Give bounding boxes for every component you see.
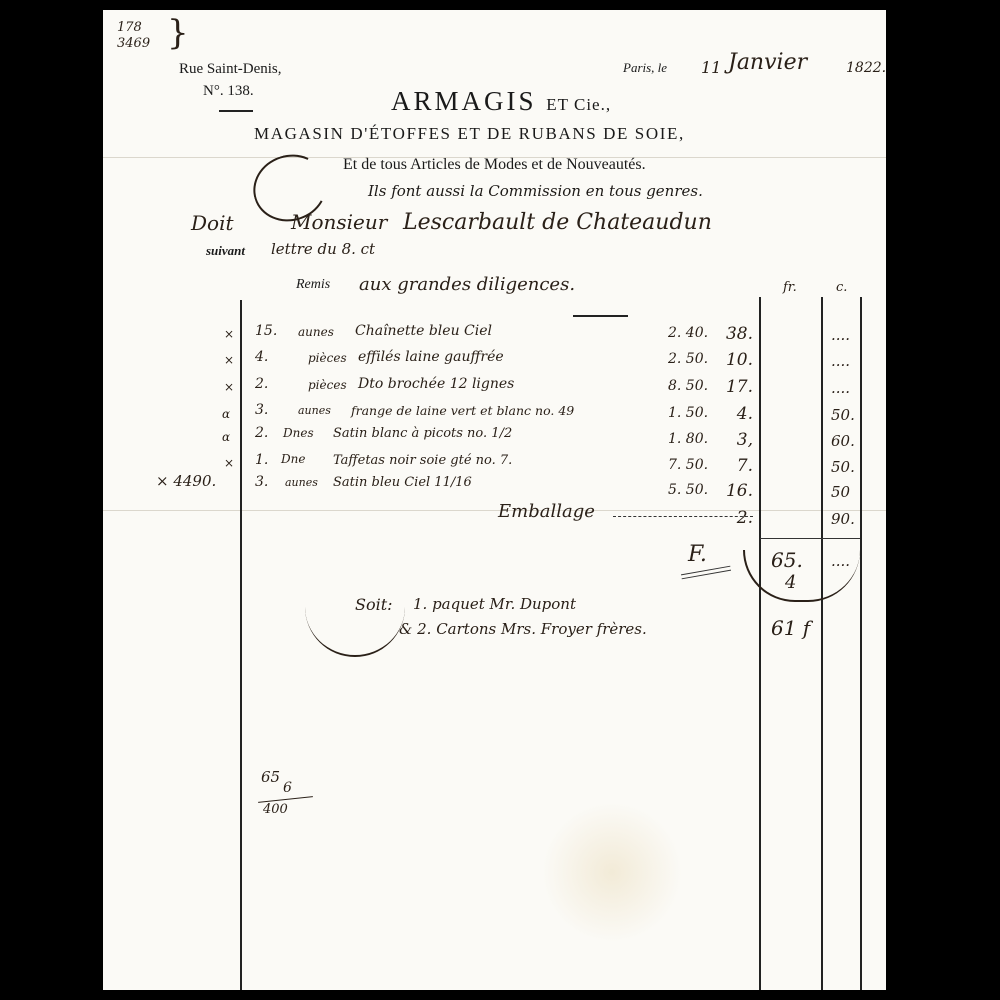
item-francs: 4. bbox=[713, 404, 753, 424]
item-unit: pièces bbox=[308, 351, 347, 365]
item-unit: Dnes bbox=[283, 426, 314, 440]
item-centimes: .... bbox=[831, 326, 850, 344]
addressee-name: Lescarbault de Chateaudun bbox=[403, 210, 712, 235]
ledger-rule bbox=[240, 300, 242, 990]
item-francs: 38. bbox=[713, 324, 753, 344]
doit-label: Doit bbox=[191, 211, 234, 235]
check-mark: α bbox=[222, 430, 230, 444]
item-price: 1. 80. bbox=[668, 431, 708, 447]
suivant-value: lettre du 8. ct bbox=[271, 240, 375, 258]
item-centimes: .... bbox=[831, 352, 850, 370]
item-desc: Chaînette bleu Ciel bbox=[355, 323, 492, 339]
item-qty: 1. bbox=[255, 452, 268, 468]
remis-label: Remis bbox=[296, 277, 330, 293]
tagline: MAGASIN D'ÉTOFFES ET DE RUBANS DE SOIE, bbox=[254, 124, 685, 144]
item-centimes: 50. bbox=[831, 406, 855, 424]
item-centimes: .... bbox=[831, 379, 850, 397]
margin-calc-top: 65 bbox=[261, 768, 280, 786]
centimes-column-header: c. bbox=[836, 280, 847, 295]
item-centimes: 60. bbox=[831, 432, 855, 450]
item-qty: 3. bbox=[255, 402, 268, 418]
ref-number: 3469 bbox=[117, 36, 150, 52]
shipping-line: & 2. Cartons Mrs. Froyer frères. bbox=[399, 620, 647, 638]
item-francs: 7. bbox=[713, 456, 753, 476]
item-desc: frange de laine vert et blanc no. 49 bbox=[351, 403, 574, 418]
item-qty: 2. bbox=[255, 425, 268, 441]
ledger-rule bbox=[860, 297, 862, 990]
item-francs: 17. bbox=[713, 377, 753, 397]
item-desc: Satin bleu Ciel 11/16 bbox=[333, 475, 472, 490]
check-mark: × bbox=[224, 327, 234, 341]
check-mark: × bbox=[224, 456, 234, 470]
item-francs: 16. bbox=[713, 481, 753, 501]
item-desc: Satin blanc à picots no. 1/2 bbox=[333, 426, 512, 441]
fold-line bbox=[103, 510, 886, 511]
firm-suffix: ET Cie., bbox=[546, 95, 611, 114]
item-unit: aunes bbox=[298, 404, 331, 417]
item-price: 8. 50. bbox=[668, 378, 708, 394]
item-centimes: 50. bbox=[831, 458, 855, 476]
item-desc: Taffetas noir soie gté no. 7. bbox=[333, 453, 512, 468]
item-francs: 10. bbox=[713, 350, 753, 370]
margin-calc-bottom: 400 bbox=[263, 802, 288, 817]
item-desc: effilés laine gauffrée bbox=[358, 349, 504, 365]
shipping-label: Soit: bbox=[355, 595, 393, 614]
street-address: Rue Saint-Denis, bbox=[179, 61, 282, 78]
date-year: 1822. bbox=[846, 60, 886, 76]
date-month: Janvier bbox=[728, 50, 807, 75]
item-unit: pièces bbox=[308, 378, 347, 392]
check-mark: × 4490. bbox=[156, 472, 216, 490]
item-qty: 4. bbox=[255, 349, 268, 365]
item-qty: 15. bbox=[255, 323, 277, 339]
francs-column-header: fr. bbox=[783, 280, 797, 295]
divider bbox=[219, 110, 253, 112]
item-price: 2. 50. bbox=[668, 351, 708, 367]
item-price: 7. 50. bbox=[668, 457, 708, 473]
check-mark: α bbox=[222, 407, 230, 421]
item-price: 5. 50. bbox=[668, 482, 708, 498]
item-unit: Dne bbox=[281, 452, 305, 466]
suivant-label: suivant bbox=[206, 243, 245, 259]
reference-numbers: 178 3469 bbox=[117, 20, 150, 52]
divider bbox=[573, 315, 628, 317]
remis-value: aux grandes diligences. bbox=[359, 274, 575, 295]
item-price: 1. 50. bbox=[668, 405, 708, 421]
date-label: Paris, le bbox=[623, 60, 667, 76]
item-unit: aunes bbox=[298, 325, 334, 339]
commission-note: Ils font aussi la Commission en tous gen… bbox=[368, 182, 703, 200]
firm-name-text: ARMAGIS bbox=[391, 86, 537, 116]
packing-label: Emballage bbox=[498, 501, 595, 522]
packing-centimes: 90. bbox=[831, 510, 855, 528]
item-qty: 2. bbox=[255, 376, 268, 392]
brace-icon: } bbox=[167, 16, 189, 50]
margin-calc-middle: 6 bbox=[283, 780, 292, 796]
invoice-paper: 178 3469 } Rue Saint-Denis, N°. 138. ARM… bbox=[103, 10, 886, 990]
shipping-line: 1. paquet Mr. Dupont bbox=[413, 595, 576, 613]
item-unit: aunes bbox=[285, 476, 318, 489]
ledger-rule bbox=[821, 297, 823, 990]
item-price: 2. 40. bbox=[668, 325, 708, 341]
ref-number: 178 bbox=[117, 20, 150, 36]
total-symbol: F. bbox=[688, 542, 707, 567]
packing-francs: 2. bbox=[713, 508, 753, 528]
subtitle: Et de tous Articles de Modes et de Nouve… bbox=[343, 156, 646, 174]
firm-name: ARMAGIS ET Cie., bbox=[391, 86, 611, 117]
ledger-rule bbox=[759, 297, 761, 990]
addressee-title: Monsieur bbox=[291, 210, 387, 234]
item-qty: 3. bbox=[255, 474, 268, 490]
net-total: 61 f bbox=[771, 616, 810, 640]
date-day: 11 bbox=[701, 58, 721, 77]
item-francs: 3, bbox=[713, 430, 753, 450]
item-centimes: 50 bbox=[831, 483, 850, 501]
street-number: N°. 138. bbox=[203, 83, 254, 100]
double-underline bbox=[681, 566, 731, 580]
check-mark: × bbox=[224, 353, 234, 367]
check-mark: × bbox=[224, 380, 234, 394]
item-desc: Dto brochée 12 lignes bbox=[358, 376, 514, 392]
total-rule bbox=[760, 538, 860, 539]
